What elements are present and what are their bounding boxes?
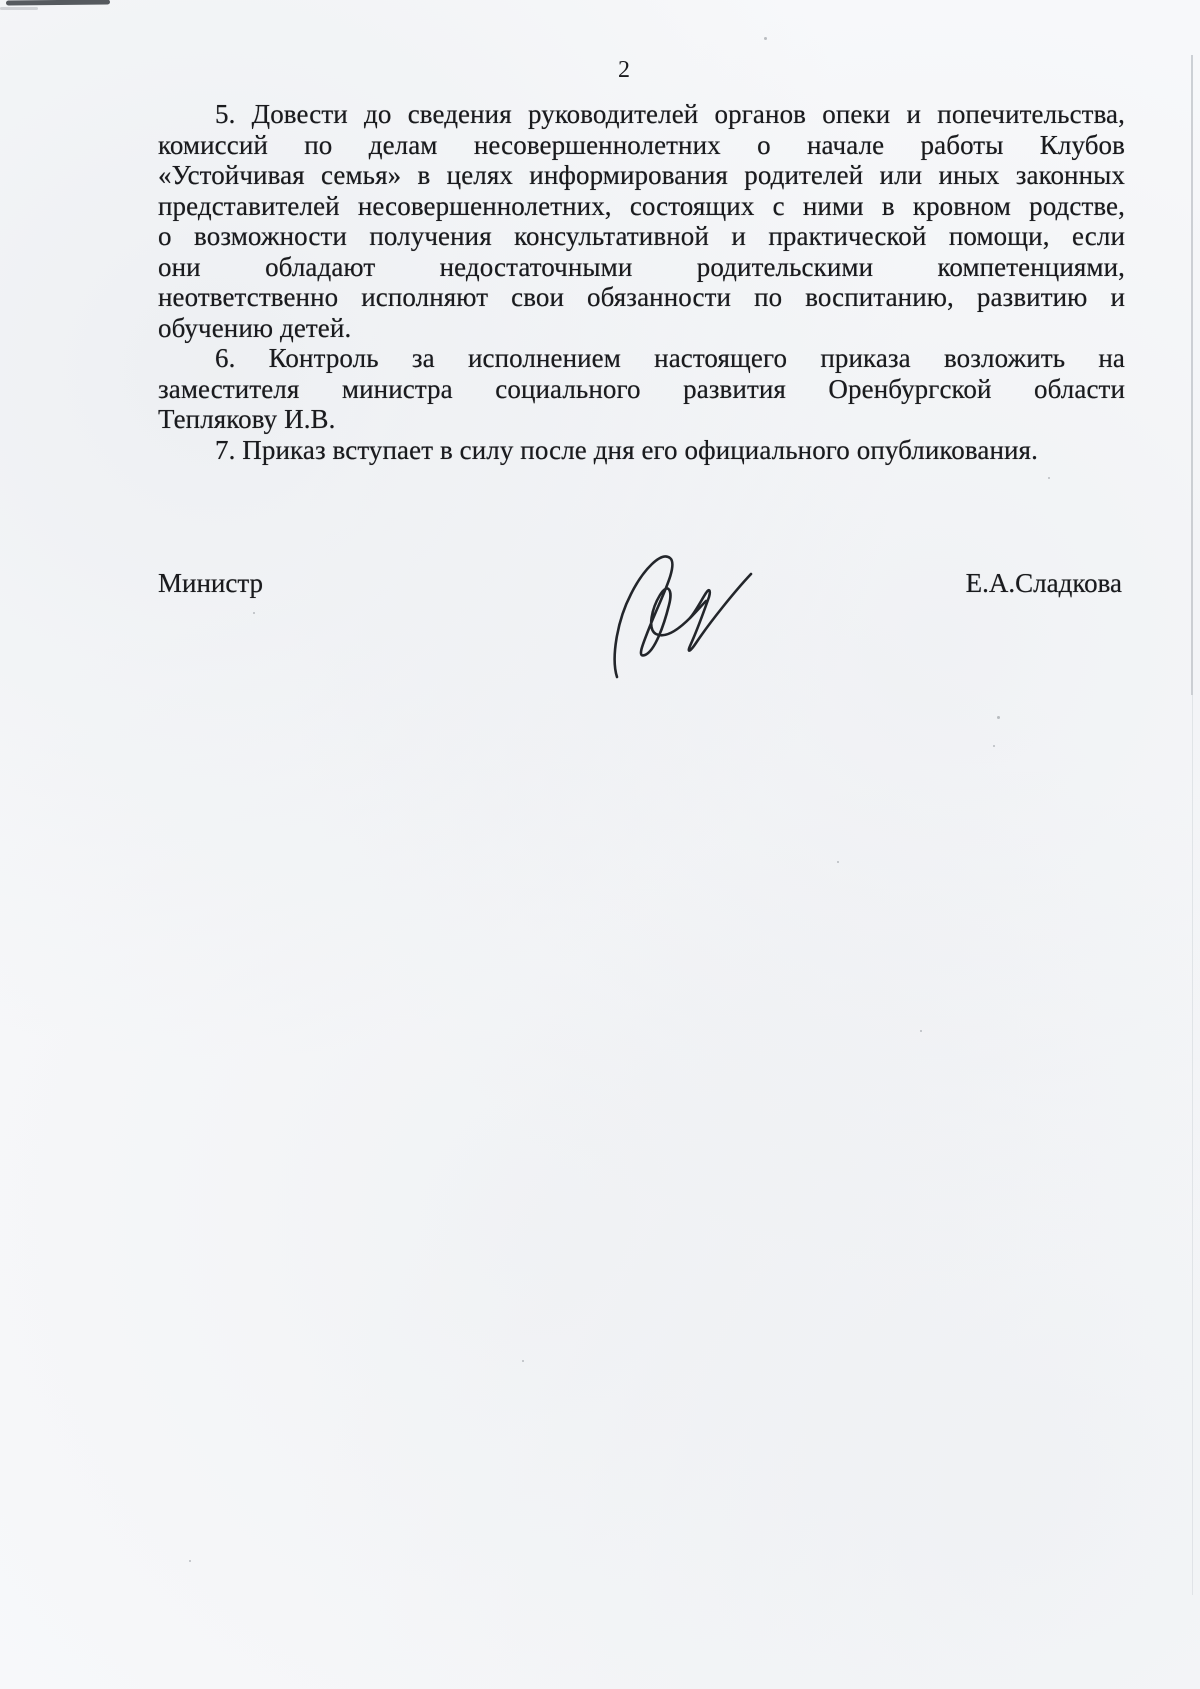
scan-speck xyxy=(993,745,995,747)
scan-speck xyxy=(189,1560,191,1562)
text-line: они обладают недостаточными родительским… xyxy=(158,252,1125,283)
scan-speck xyxy=(1048,477,1050,479)
document-body: 5. Довести до сведения руководителей орг… xyxy=(158,99,1125,465)
paragraph-5: 5. Довести до сведения руководителей орг… xyxy=(158,99,1125,343)
text-line: 5. Довести до сведения руководителей орг… xyxy=(158,99,1125,130)
text-line: 7. Приказ вступает в силу после дня его … xyxy=(158,435,1125,466)
scan-speck xyxy=(764,37,767,40)
paragraph-6: 6. Контроль за исполнением настоящего пр… xyxy=(158,343,1125,435)
text-line: «Устойчивая семья» в целях информировани… xyxy=(158,160,1125,191)
text-line: о возможности получения консультативной … xyxy=(158,221,1125,252)
text-line: комиссий по делам несовершеннолетних о н… xyxy=(158,130,1125,161)
scan-speck xyxy=(522,1360,524,1362)
scan-speck xyxy=(253,612,255,614)
scan-speck xyxy=(837,861,839,863)
scan-speck xyxy=(997,716,1000,719)
text-line: заместителя министра социального развити… xyxy=(158,374,1125,405)
scan-speck xyxy=(920,1030,922,1032)
signatory-name: Е.А.Сладкова xyxy=(966,568,1122,599)
handwritten-signature xyxy=(606,543,758,685)
text-line: представителей несовершеннолетних, состо… xyxy=(158,191,1125,222)
scan-smudge xyxy=(6,0,110,6)
paragraph-7: 7. Приказ вступает в силу после дня его … xyxy=(158,435,1125,466)
signatory-title: Министр xyxy=(158,568,263,599)
scan-edge-line xyxy=(1192,695,1193,1595)
signature-stroke xyxy=(689,574,751,651)
text-line: 6. Контроль за исполнением настоящего пр… xyxy=(158,343,1125,374)
text-line: обучению детей. xyxy=(158,313,1125,344)
scanned-document-page: 2 5. Довести до сведения руководителей о… xyxy=(0,0,1200,1689)
page-number: 2 xyxy=(618,57,631,84)
scan-smudge xyxy=(0,7,38,10)
text-line: Теплякову И.В. xyxy=(158,404,1125,435)
scan-edge-line xyxy=(1191,55,1193,695)
text-line: неответственно исполняют свои обязанност… xyxy=(158,282,1125,313)
